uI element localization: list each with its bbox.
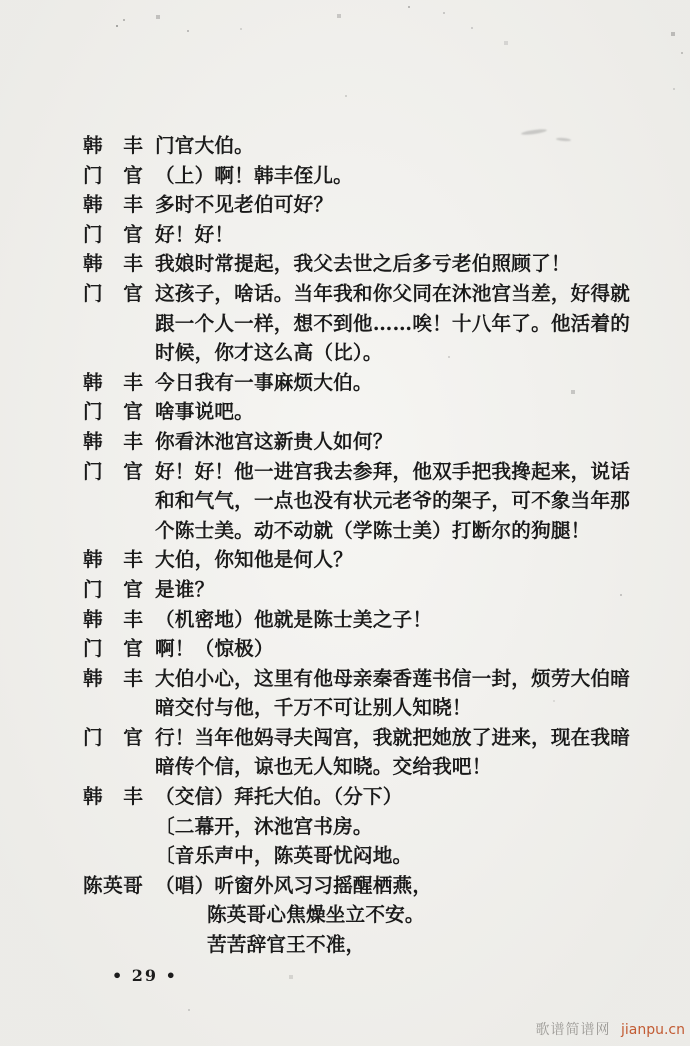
script-line: 门 官 行！当年他妈寻夫闯宫，我就把她放了进来，现在我暗 bbox=[0, 723, 690, 753]
speaker-name: 韩 丰 bbox=[83, 782, 143, 812]
script-line: 韩 丰 大伯小心，这里有他母亲秦香莲书信一封，烦劳大伯暗 bbox=[0, 664, 690, 694]
script-line: 门 官 是谁？ bbox=[0, 575, 690, 605]
script-line: 陈英哥心焦燥坐立不安。 bbox=[0, 900, 690, 930]
speaker-name bbox=[83, 812, 143, 842]
line-text: 门官大伯。 bbox=[155, 131, 254, 161]
script-line: 〔二幕开，沐池宫书房。 bbox=[0, 812, 690, 842]
line-text: 啥事说吧。 bbox=[155, 397, 254, 427]
script-line: 韩 丰 多时不见老伯可好？ bbox=[0, 190, 690, 220]
script-text-block: 韩 丰 门官大伯。 门 官 （上）啊！韩丰侄儿。 韩 丰 多时不见老伯可好？ 门… bbox=[0, 131, 690, 960]
script-line: 韩 丰 （机密地）他就是陈士美之子！ bbox=[0, 605, 690, 635]
line-text: 这孩子，啥话。当年我和你父同在沐池宫当差，好得就 bbox=[155, 279, 630, 309]
speaker-name: 门 官 bbox=[83, 220, 143, 250]
line-text: 和和气气，一点也没有状元老爷的架子，可不象当年那 bbox=[155, 486, 630, 516]
watermark-site-name: 歌谱简谱网 bbox=[536, 1022, 611, 1038]
line-text: 陈英哥心焦燥坐立不安。 bbox=[207, 900, 425, 930]
speaker-name bbox=[83, 338, 143, 368]
speaker-name bbox=[83, 841, 143, 871]
speaker-name: 韩 丰 bbox=[83, 249, 143, 279]
speaker-name bbox=[83, 486, 143, 516]
watermark: 歌谱简谱网 jianpu.cn bbox=[536, 1019, 685, 1039]
script-line: 韩 丰 门官大伯。 bbox=[0, 131, 690, 161]
script-line: 个陈士美。动不动就（学陈士美）打断尔的狗腿！ bbox=[0, 516, 690, 546]
script-line: 暗交付与他，千万不可让别人知晓！ bbox=[0, 693, 690, 723]
line-text: 暗传个信，谅也无人知晓。交给我吧！ bbox=[155, 752, 492, 782]
speaker-name: 韩 丰 bbox=[83, 427, 143, 457]
script-line: 门 官 好！好！ bbox=[0, 220, 690, 250]
speaker-name: 门 官 bbox=[83, 634, 143, 664]
script-line: 和和气气，一点也没有状元老爷的架子，可不象当年那 bbox=[0, 486, 690, 516]
speaker-name: 韩 丰 bbox=[83, 545, 143, 575]
script-line: 陈英哥 （唱）听窗外风习习摇醒栖燕， bbox=[0, 871, 690, 901]
line-text: 今日我有一事麻烦大伯。 bbox=[155, 368, 373, 398]
speaker-name: 韩 丰 bbox=[83, 190, 143, 220]
speaker-name bbox=[83, 516, 143, 546]
line-text: 好！好！他一进宫我去参拜，他双手把我搀起来，说话 bbox=[155, 457, 630, 487]
line-text: （上）啊！韩丰侄儿。 bbox=[155, 161, 353, 191]
line-text: 是谁？ bbox=[155, 575, 214, 605]
speaker-name: 韩 丰 bbox=[83, 131, 143, 161]
line-text: 好！好！ bbox=[155, 220, 234, 250]
script-line: 门 官 啊！（惊极） bbox=[0, 634, 690, 664]
line-text: 暗交付与他，千万不可让别人知晓！ bbox=[155, 693, 472, 723]
speaker-name: 门 官 bbox=[83, 161, 143, 191]
page-number: • 29 • bbox=[112, 966, 178, 985]
line-text: 行！当年他妈寻夫闯宫，我就把她放了进来，现在我暗 bbox=[155, 723, 630, 753]
speaker-name: 门 官 bbox=[83, 575, 143, 605]
speaker-name: 门 官 bbox=[83, 279, 143, 309]
script-line: 韩 丰 （交信）拜托大伯。（分下） bbox=[0, 782, 690, 812]
speaker-name bbox=[83, 900, 143, 930]
line-text: 我娘时常提起，我父去世之后多亏老伯照顾了！ bbox=[155, 249, 571, 279]
line-text: 个陈士美。动不动就（学陈士美）打断尔的狗腿！ bbox=[155, 516, 590, 546]
line-text: 啊！（惊极） bbox=[155, 634, 274, 664]
line-text: 〔音乐声中，陈英哥忧闷地。 bbox=[155, 841, 412, 871]
script-line: 跟一个人一样，想不到他……唉！十八年了。他活着的 bbox=[0, 309, 690, 339]
speaker-name bbox=[83, 309, 143, 339]
speaker-name: 门 官 bbox=[83, 723, 143, 753]
scan-noise-specks bbox=[0, 0, 2, 2]
script-line: 暗传个信，谅也无人知晓。交给我吧！ bbox=[0, 752, 690, 782]
line-text: 你看沐池宫这新贵人如何？ bbox=[155, 427, 393, 457]
script-line: 韩 丰 你看沐池宫这新贵人如何？ bbox=[0, 427, 690, 457]
line-text: （交信）拜托大伯。（分下） bbox=[155, 782, 403, 812]
script-line: 〔音乐声中，陈英哥忧闷地。 bbox=[0, 841, 690, 871]
script-line: 苦苦辞官王不准， bbox=[0, 930, 690, 960]
script-line: 门 官 好！好！他一进宫我去参拜，他双手把我搀起来，说话 bbox=[0, 457, 690, 487]
line-text: 苦苦辞官王不准， bbox=[207, 930, 365, 960]
speaker-name: 门 官 bbox=[83, 457, 143, 487]
line-text: （机密地）他就是陈士美之子！ bbox=[155, 605, 432, 635]
speaker-name bbox=[83, 752, 143, 782]
script-line: 韩 丰 大伯，你知他是何人？ bbox=[0, 545, 690, 575]
script-line: 韩 丰 我娘时常提起，我父去世之后多亏老伯照顾了！ bbox=[0, 249, 690, 279]
speaker-name bbox=[83, 930, 143, 960]
speaker-name: 韩 丰 bbox=[83, 664, 143, 694]
watermark-site-url: jianpu.cn bbox=[621, 1022, 685, 1038]
speaker-name: 韩 丰 bbox=[83, 368, 143, 398]
line-text: （唱）听窗外风习习摇醒栖燕， bbox=[155, 871, 432, 901]
line-text: 〔二幕开，沐池宫书房。 bbox=[155, 812, 373, 842]
line-text: 大伯，你知他是何人？ bbox=[155, 545, 353, 575]
script-line: 韩 丰 今日我有一事麻烦大伯。 bbox=[0, 368, 690, 398]
speaker-name: 陈英哥 bbox=[83, 871, 143, 901]
line-text: 大伯小心，这里有他母亲秦香莲书信一封，烦劳大伯暗 bbox=[155, 664, 630, 694]
script-line: 门 官 （上）啊！韩丰侄儿。 bbox=[0, 161, 690, 191]
scanned-script-page: 韩 丰 门官大伯。 门 官 （上）啊！韩丰侄儿。 韩 丰 多时不见老伯可好？ 门… bbox=[0, 0, 690, 1046]
script-line: 门 官 啥事说吧。 bbox=[0, 397, 690, 427]
line-text: 时候，你才这么高（比）。 bbox=[155, 338, 383, 368]
speaker-name: 门 官 bbox=[83, 397, 143, 427]
speaker-name bbox=[83, 693, 143, 723]
speaker-name: 韩 丰 bbox=[83, 605, 143, 635]
script-line: 时候，你才这么高（比）。 bbox=[0, 338, 690, 368]
line-text: 多时不见老伯可好？ bbox=[155, 190, 333, 220]
script-line: 门 官 这孩子，啥话。当年我和你父同在沐池宫当差，好得就 bbox=[0, 279, 690, 309]
line-text: 跟一个人一样，想不到他……唉！十八年了。他活着的 bbox=[155, 309, 630, 339]
